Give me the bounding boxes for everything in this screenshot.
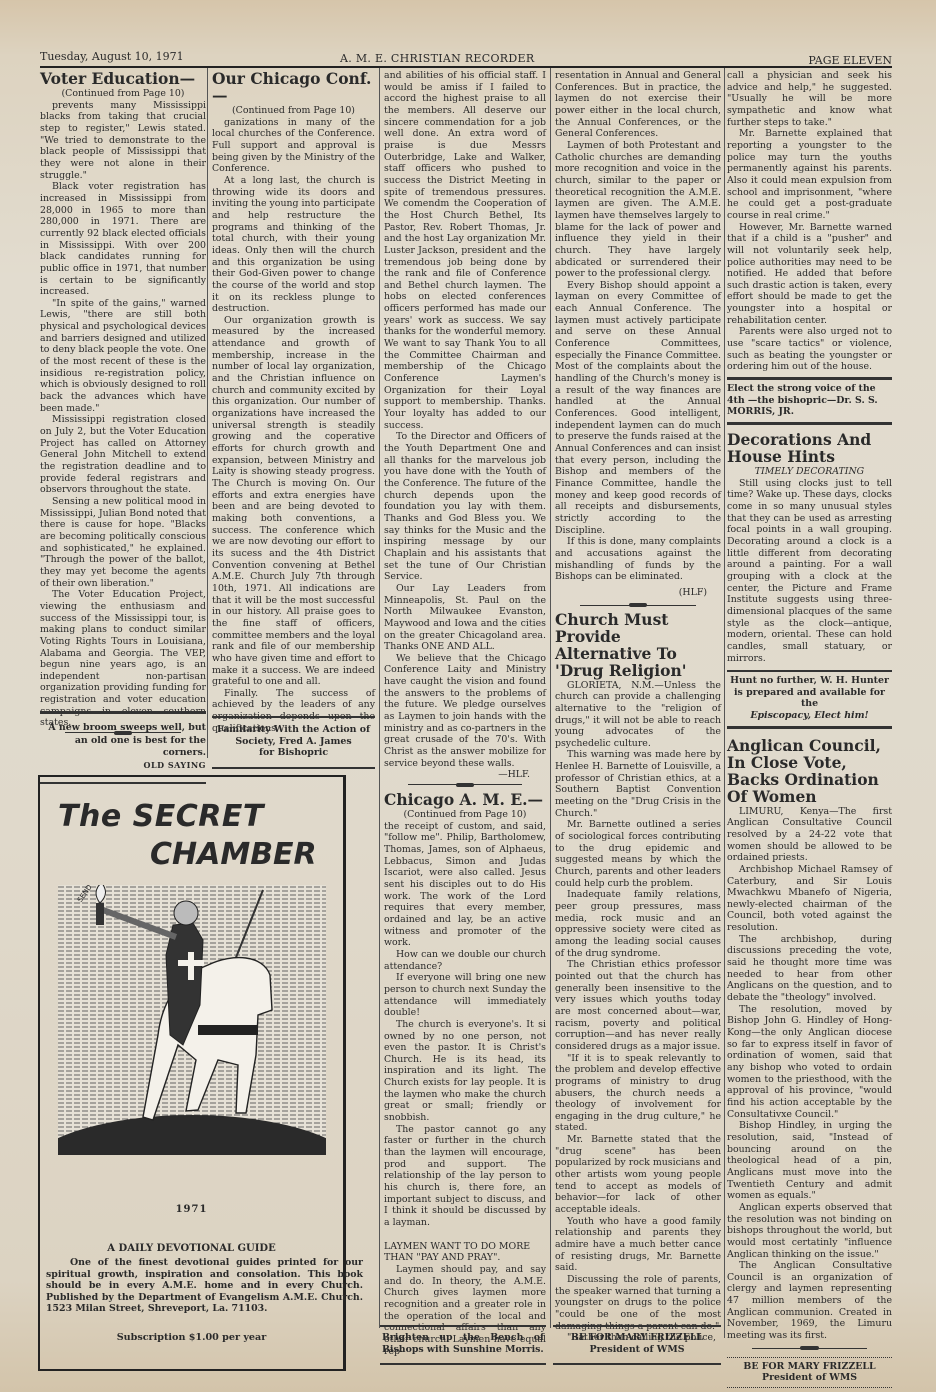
- paragraph: The church is everyone's. It si owned by…: [384, 1019, 546, 1124]
- james-box: Familarity With the Action of Society, F…: [212, 716, 375, 769]
- divider-ornament: [752, 1348, 868, 1349]
- paragraph: The pastor cannot go any faster or furth…: [384, 1124, 546, 1229]
- rule: [727, 422, 892, 425]
- article-body: LIMURU, Kenya—The first Anglican Consult…: [727, 806, 892, 1342]
- box-line: Hunt no further, W. H. Hunter is prepare…: [727, 675, 892, 710]
- ad-guide-heading: A DAILY DEVOTIONAL GUIDE: [40, 1243, 343, 1254]
- article-body-continued: resentation in Annual and General Confer…: [555, 70, 721, 583]
- rule: [380, 1325, 546, 1327]
- paragraph: Our Lay Leaders from Minneapolis, St. Pa…: [384, 583, 546, 653]
- column-5: call a physician and seek his advice and…: [727, 70, 892, 1388]
- paragraph: Discussing the role of parents, the spea…: [555, 1274, 721, 1332]
- article-body: ganizations in many of the local churche…: [212, 117, 375, 735]
- continued-note: (Continued from Page 10): [40, 88, 206, 100]
- column-rule: [724, 68, 725, 1338]
- paragraph: resentation in Annual and General Confer…: [555, 70, 721, 140]
- rule: [212, 767, 375, 769]
- paragraph: If everyone will bring one new person to…: [384, 972, 546, 1019]
- paragraph: Our organization growth is measured by t…: [212, 315, 375, 688]
- secret-chamber-ad: The SECRET CHAMBER: [38, 775, 346, 1371]
- paragraph: If this is done, many complaints and acc…: [555, 536, 721, 583]
- paragraph: To the Director and Officers of the Yout…: [384, 431, 546, 583]
- article-body: prevents many Mississippi blacks from ta…: [40, 100, 206, 729]
- morris-elect-notice: Elect the strong voice of the 4th —the b…: [727, 383, 892, 418]
- column-4: resentation in Annual and General Confer…: [555, 70, 721, 1344]
- paragraph: The Voter Education Project, viewing the…: [40, 589, 206, 729]
- paragraph: ganizations in many of the local churche…: [212, 117, 375, 175]
- box-text: Brighten up the Bench of Bishops with Su…: [380, 1332, 546, 1355]
- box-line: Familarity With the Action of: [212, 724, 375, 736]
- divider-ornament: [408, 784, 521, 785]
- paragraph: prevents many Mississippi blacks from ta…: [40, 100, 206, 182]
- morris-box: Brighten up the Bench of Bishops with Su…: [380, 1325, 546, 1365]
- continued-note: (Continued from Page 10): [384, 809, 546, 821]
- article-voter-education: Voter Education— (Continued from Page 10…: [40, 70, 206, 736]
- continued-note: (Continued from Page 10): [212, 105, 375, 117]
- paragraph: Bishop Hindley, in urging the resolution…: [727, 1120, 892, 1202]
- paragraph: Mr. Barnette outlined a series of sociol…: [555, 819, 721, 889]
- saying-text: A new broom sweeps well, but an old one …: [40, 722, 206, 760]
- article-signature: —HLF.: [384, 769, 546, 781]
- paragraph: Mr. Barnette stated that the "drug scene…: [555, 1134, 721, 1216]
- paragraph: Laymen of both Protestant and Catholic c…: [555, 140, 721, 280]
- paragraph: This warning was made here by Henlee H. …: [555, 749, 721, 819]
- column-3: and abilities of his official staff. I w…: [384, 70, 546, 1357]
- rule: [380, 1363, 546, 1365]
- box-line: for Bishopric: [212, 747, 375, 759]
- rule: [40, 711, 206, 714]
- paragraph: and abilities of his official staff. I w…: [384, 70, 546, 431]
- paragraph: GLORIETA, N.M.—Unless the church can pro…: [555, 680, 721, 750]
- knight-on-horse-icon: SEND THE LIGHT: [58, 885, 326, 1155]
- paragraph: Mr. Barnette explained that reporting a …: [727, 128, 892, 221]
- box-line: Society, Fred A. James: [212, 736, 375, 748]
- article-body-continued: and abilities of his official staff. I w…: [384, 70, 546, 769]
- masthead: Tuesday, August 10, 1971 A. M. E. CHRIST…: [40, 48, 892, 68]
- paragraph: At a long last, the church is throwing w…: [212, 175, 375, 315]
- column-rule: [207, 68, 208, 758]
- rule: [727, 377, 892, 380]
- frizzell-box-left: BE FOR MARY FRIZZELL President of WMS: [553, 1325, 721, 1365]
- article-body: GLORIETA, N.M.—Unless the church can pro…: [555, 680, 721, 1344]
- paragraph: "In spite of the gains," warned Lewis, "…: [40, 298, 206, 415]
- box-line: BE FOR MARY FRIZZELL: [553, 1332, 721, 1344]
- paragraph: The resolution, moved by Bishop John G. …: [727, 1004, 892, 1121]
- article-subhead: LAYMEN WANT TO DO MORE THAN "PAY AND PRA…: [384, 1241, 546, 1264]
- article-body-continued: call a physician and seek his advice and…: [727, 70, 892, 373]
- paragraph: The archbishop, during discussions prece…: [727, 934, 892, 1004]
- paragraph: The Anglican Consultative Council is an …: [727, 1260, 892, 1342]
- paragraph: Youth who have a good family relationshi…: [555, 1216, 721, 1274]
- box-line: President of WMS: [553, 1344, 721, 1356]
- paragraph: Still using clocks just to tell time? Wa…: [727, 478, 892, 665]
- article-title: Church Must Provide Alternative To 'Drug…: [555, 611, 721, 679]
- article-signature: (HLF): [555, 587, 721, 599]
- article-chicago-conf: Our Chicago Conf.— (Continued from Page …: [212, 70, 375, 734]
- page-number: PAGE ELEVEN: [808, 54, 892, 67]
- paragraph: "If it is to speak relevantly to the pro…: [555, 1053, 721, 1135]
- rule: [553, 1325, 721, 1327]
- paragraph: the receipt of custom, and said, "follow…: [384, 821, 546, 949]
- ad-subscription: Subscription $1.00 per year: [40, 1332, 343, 1343]
- paragraph: Parents were also urged not to use "scar…: [727, 326, 892, 373]
- box-line: BE FOR MARY FRIZZELL: [727, 1361, 892, 1373]
- box-line: Episcopacy, Elect him!: [727, 710, 892, 722]
- ad-year: 1971: [40, 1204, 343, 1215]
- rule: [553, 1363, 721, 1365]
- article-title: Voter Education—: [40, 70, 206, 87]
- article-title: Our Chicago Conf.—: [212, 70, 375, 104]
- paragraph: However, Mr. Barnette warned that if a c…: [727, 222, 892, 327]
- rule: [727, 726, 892, 729]
- paragraph: How can we double our church attendance?: [384, 949, 546, 972]
- column-rule: [379, 68, 380, 1328]
- divider-ornament: [580, 605, 696, 606]
- article-title: Chicago A. M. E.—: [384, 791, 546, 808]
- ad-title-line2: CHAMBER: [150, 837, 317, 872]
- rule: [727, 670, 892, 672]
- paragraph: call a physician and seek his advice and…: [727, 70, 892, 128]
- newspaper-page: Tuesday, August 10, 1971 A. M. E. CHRIST…: [0, 0, 936, 1392]
- rule: [212, 716, 375, 718]
- paragraph: Inadequate family relations, peer group …: [555, 889, 721, 959]
- saying-source: OLD SAYING: [40, 760, 206, 770]
- issue-date: Tuesday, August 10, 1971: [40, 50, 184, 63]
- paragraph: Every Bishop should appoint a layman on …: [555, 280, 721, 536]
- paragraph: LIMURU, Kenya—The first Anglican Consult…: [727, 806, 892, 864]
- ad-title-line1: The SECRET: [58, 799, 264, 834]
- paragraph: The Christian ethics professor pointed o…: [555, 959, 721, 1052]
- paragraph: Archbishop Michael Ramsey of Caterbury, …: [727, 864, 892, 934]
- article-body: the receipt of custom, and said, "follow…: [384, 821, 546, 1229]
- paragraph: Black voter registration has increased i…: [40, 181, 206, 298]
- column-rule: [550, 68, 551, 1328]
- box-line: President of WMS: [727, 1372, 892, 1384]
- paragraph: We believe that the Chicago Conference L…: [384, 653, 546, 770]
- article-body: Still using clocks just to tell time? Wa…: [727, 478, 892, 665]
- ad-body: One of the finest devotional guides prin…: [46, 1257, 363, 1315]
- paragraph: Anglican experts observed that the resol…: [727, 1202, 892, 1260]
- broom-saying-box: A new broom sweeps well, but an old one …: [40, 711, 206, 784]
- paragraph: Sensing a new political mood in Mississi…: [40, 496, 206, 589]
- publication-name: A. M. E. CHRISTIAN RECORDER: [340, 52, 534, 65]
- article-subtitle: TIMELY DECORATING: [727, 466, 892, 478]
- article-title: Anglican Council, In Close Vote, Backs O…: [727, 737, 892, 805]
- article-title: Decorations And House Hints: [727, 431, 892, 465]
- paragraph: Mississippi registration closed on July …: [40, 414, 206, 496]
